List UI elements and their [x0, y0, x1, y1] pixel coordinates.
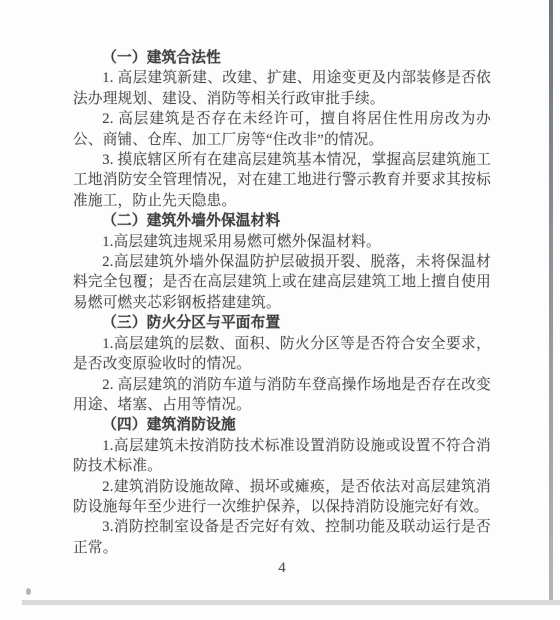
- section-heading-3: （三）防火分区与平面布置: [73, 313, 491, 333]
- paragraph: 1.高层建筑违规采用易燃可燃外保温材料。: [73, 232, 491, 252]
- paragraph: 2. 高层建筑是否存在未经许可，擅自将居住性用房改为办公、商铺、仓库、加工厂房等…: [73, 109, 491, 150]
- scan-edge-line: [549, 0, 553, 602]
- section-heading-2: （二）建筑外墙外保温材料: [73, 211, 491, 231]
- paragraph: 1. 高层建筑新建、改建、扩建、用途变更及内部装修是否依法办理规划、建设、消防等…: [73, 68, 491, 109]
- paragraph: 2.高层建筑外墙外保温防护层破损开裂、脱落，未将保温材料完全包覆；是否在高层建筑…: [73, 252, 491, 313]
- scan-speck: [26, 588, 31, 595]
- paragraph: 1.高层建筑的层数、面积、防火分区等是否符合安全要求，是否改变原验收时的情况。: [73, 334, 491, 375]
- paragraph: 2. 高层建筑的消防车道与消防车登高操作场地是否存在改变用途、堵塞、占用等情况。: [73, 375, 491, 416]
- page-text-block: （一）建筑合法性 1. 高层建筑新建、改建、扩建、用途变更及内部装修是否依法办理…: [73, 48, 491, 579]
- scan-bottom-band: [22, 600, 560, 605]
- paragraph: 1.高层建筑未按消防技术标准设置消防设施或设置不符合消防技术标准。: [73, 436, 491, 477]
- document-page: （一）建筑合法性 1. 高层建筑新建、改建、扩建、用途变更及内部装修是否依法办理…: [0, 0, 560, 620]
- section-heading-1: （一）建筑合法性: [73, 48, 491, 68]
- paragraph: 2.建筑消防设施故障、损坏或瘫痪，是否依法对高层建筑消防设施每年至少进行一次维护…: [73, 477, 491, 518]
- paragraph: 3. 摸底辖区所有在建高层建筑基本情况，掌握高层建筑施工工地消防安全管理情况，对…: [73, 150, 491, 211]
- paragraph: 3.消防控制室设备是否完好有效、控制功能及联动运行是否正常。: [73, 517, 491, 558]
- section-heading-4: （四）建筑消防设施: [73, 415, 491, 435]
- page-number: 4: [73, 558, 491, 578]
